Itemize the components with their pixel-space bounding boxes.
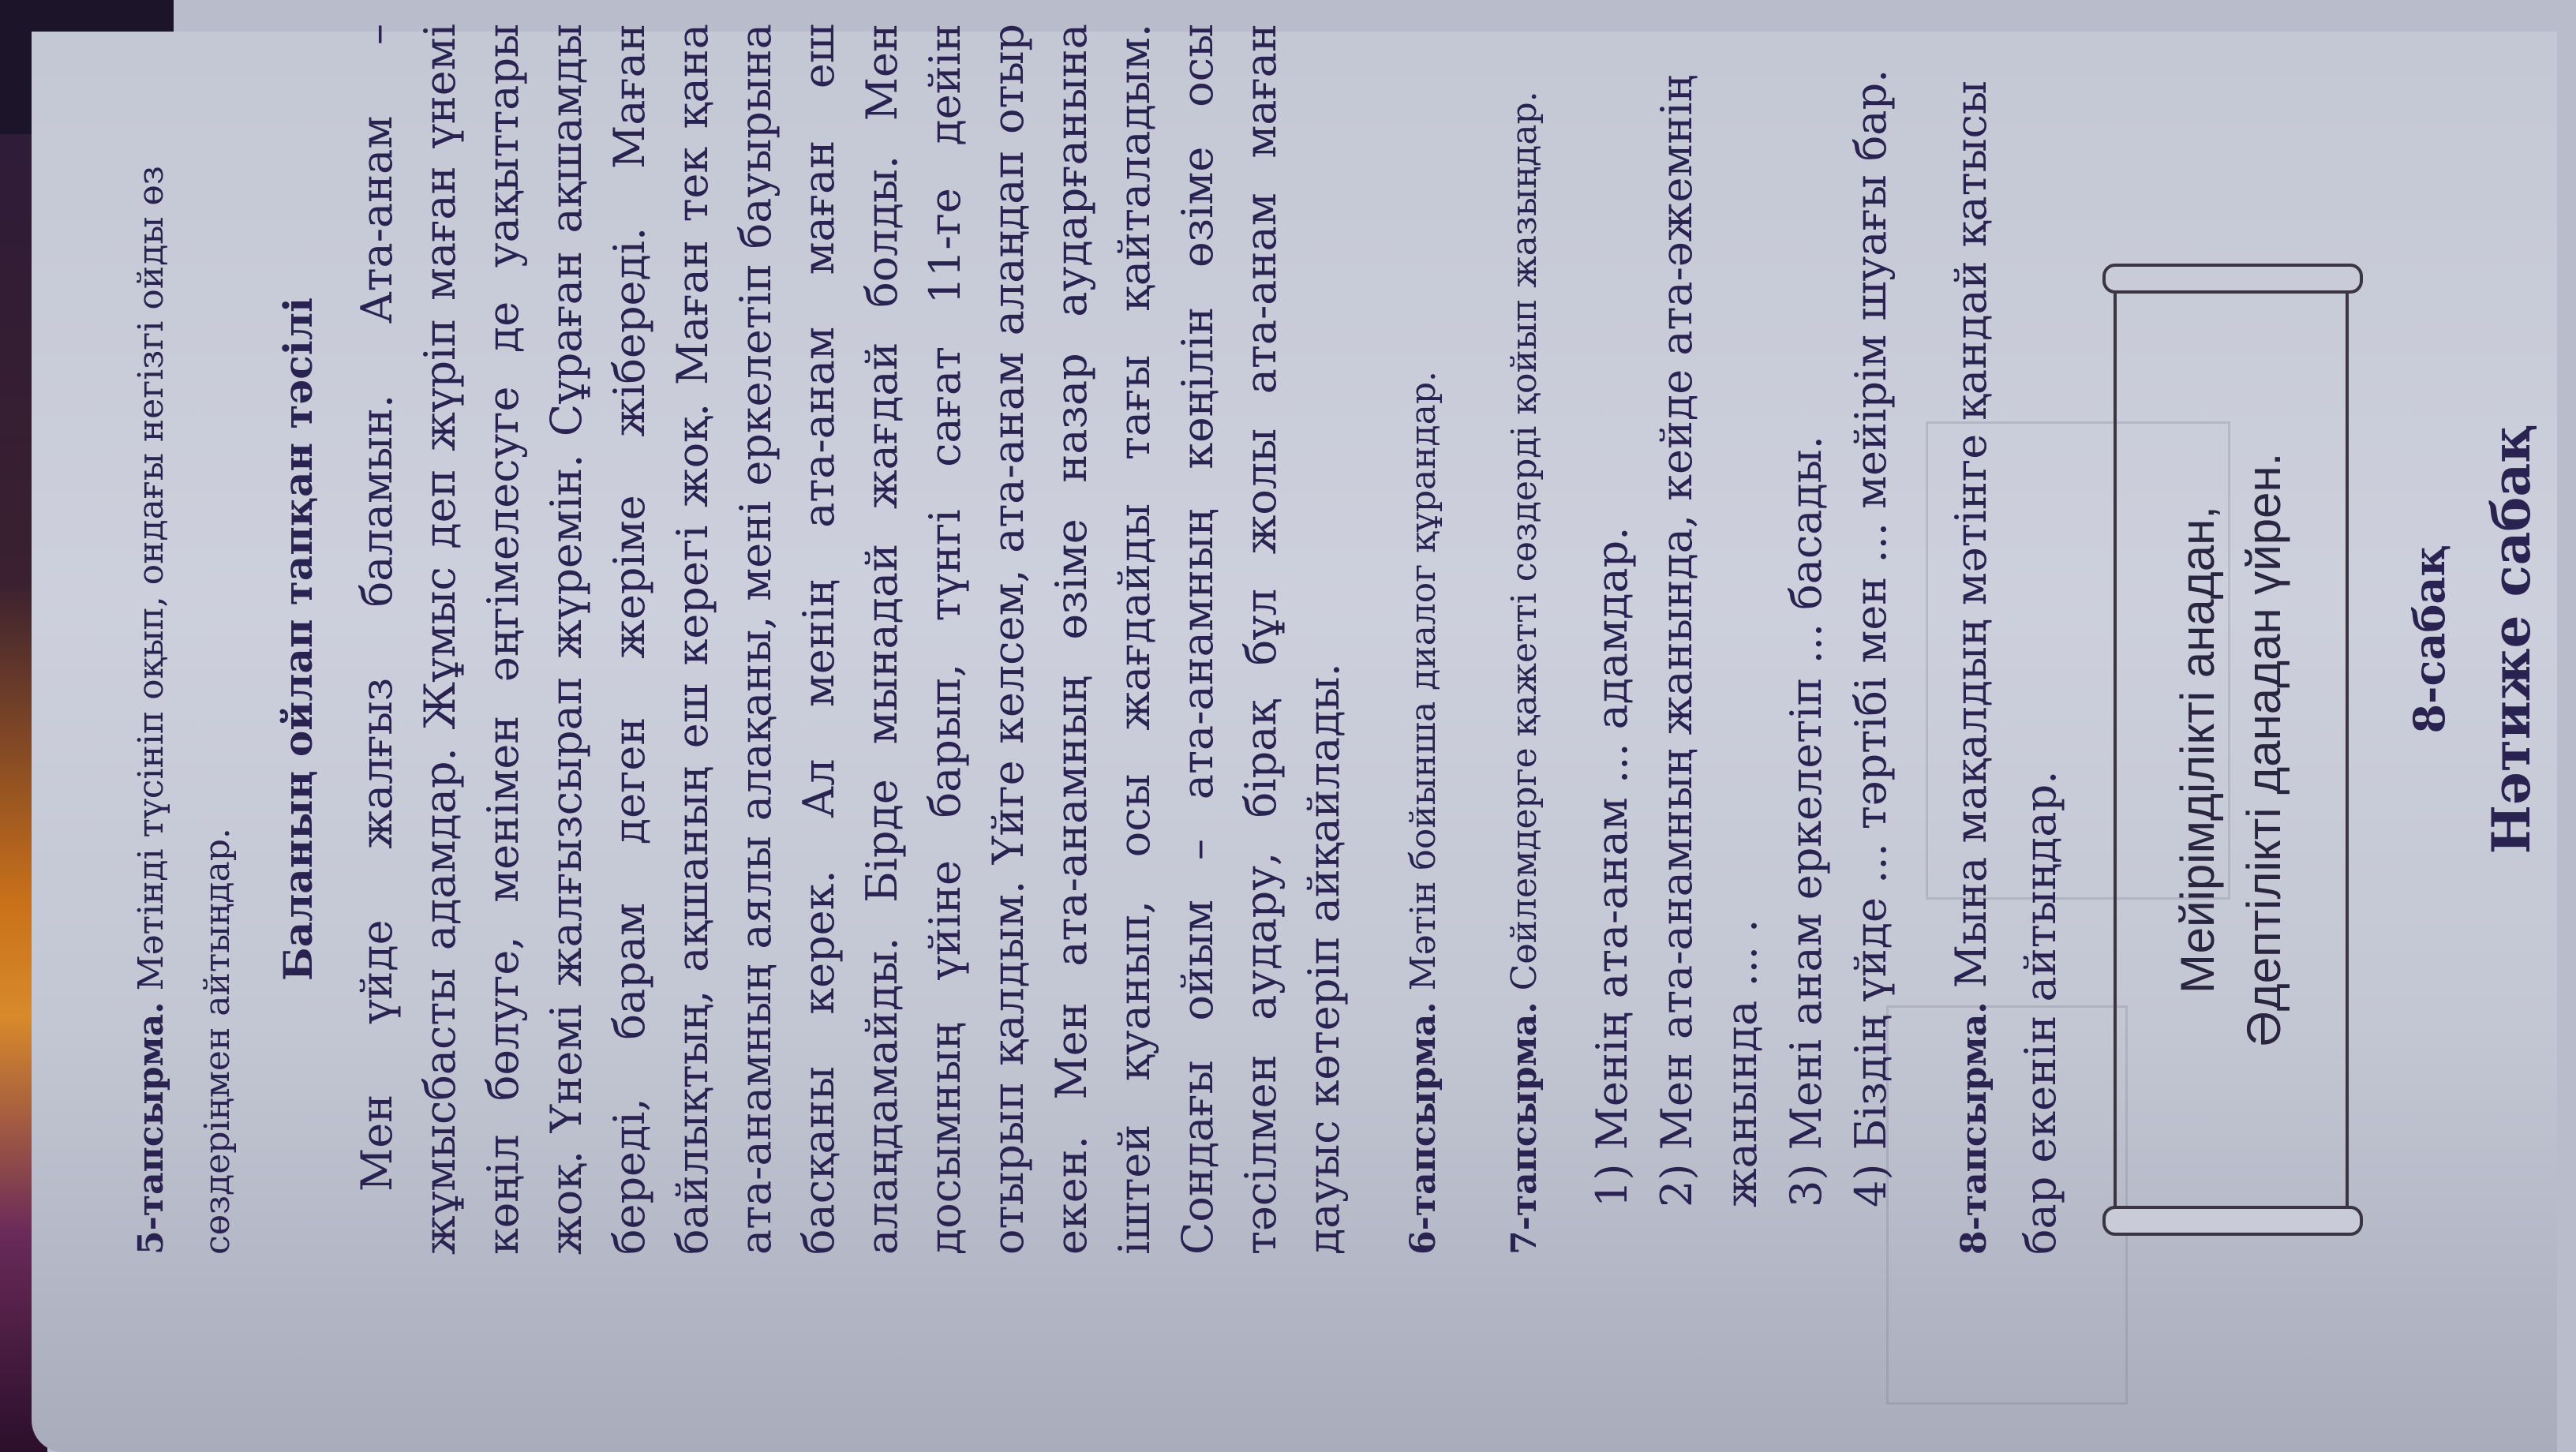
task-7-item: 4) Біздің үйде ... тәртібі мен ... мейір… <box>1839 24 1904 1207</box>
task-8-label: 8-тапсырма. <box>1954 1001 1994 1255</box>
task-6-label: 6-тапсырма. <box>1403 1001 1443 1255</box>
rotated-page-wrapper: 5-тапсырма. Мәтінді түсініп оқып, ондағы… <box>0 0 2576 1452</box>
task-7-item: 1) Менің ата-анам ... адамдар. <box>1580 24 1645 1207</box>
page-content: 5-тапсырма. Мәтінді түсініп оқып, ондағы… <box>118 24 2576 1255</box>
story-paragraph: Мен үйде жалғыз баламын. Ата-анам – жұмы… <box>346 24 1356 1255</box>
task-7: 7-тапсырма. Сөйлемдерге қажетті сөздерді… <box>1492 24 1558 1255</box>
task-6-text: Мәтін бойынша диалог құрандар. <box>1403 371 1443 990</box>
task-8: 8-тапсырма. Мына мақалдың мәтінге қандай… <box>1938 24 2074 1255</box>
proverb-line: Әдептілікті данадан үйрен. <box>2231 453 2297 1047</box>
task-7-item: 3) Мені анам еркелетіп ... басады. <box>1774 24 1839 1207</box>
proverb-line: Мейірімділікті анадан, <box>2165 506 2231 994</box>
task-7-text: Сөйлемдерге қажетті сөздерді қойып жазың… <box>1504 91 1544 990</box>
task-7-item: 2) Мен ата-анамның жанында, кейде ата-әж… <box>1645 24 1774 1207</box>
textbook-page: 5-тапсырма. Мәтінді түсініп оқып, ондағы… <box>32 32 2557 1452</box>
task-6: 6-тапсырма. Мәтін бойынша диалог құранда… <box>1391 24 1457 1255</box>
lesson-title: Нәтиже сабақ <box>2478 24 2544 1255</box>
lesson-number: 8-сабақ <box>2396 24 2462 1255</box>
task-7-label: 7-тапсырма. <box>1504 1001 1544 1255</box>
proverb-scroll: Мейірімділікті анадан, Әдептілікті данад… <box>2114 276 2349 1223</box>
story-title: Баланың ойлап тапқан тәсілі <box>265 24 331 1255</box>
story-body: Мен үйде жалғыз баламын. Ата-анам – жұмы… <box>346 24 1356 1255</box>
task-7-list: 1) Менің ата-анам ... адамдар. 2) Мен ат… <box>1580 24 1904 1207</box>
task-5-label: 5-тапсырма. <box>131 1001 171 1255</box>
task-5: 5-тапсырма. Мәтінді түсініп оқып, ондағы… <box>118 24 251 1255</box>
